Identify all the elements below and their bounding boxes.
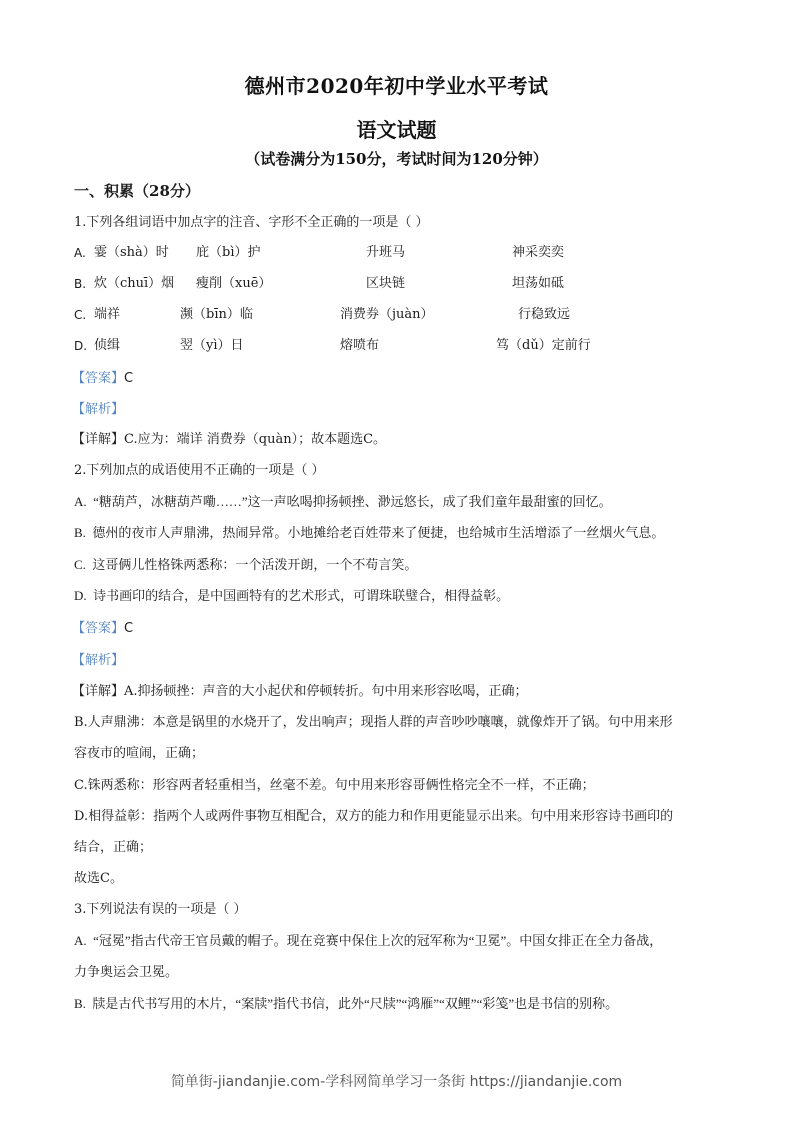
option-text: 诗书画印的结合，是中国画特有的艺术形式，可谓珠联璧合，相得益彰。	[93, 588, 509, 603]
option-letter: A.	[74, 494, 87, 509]
option-item: 坦荡如砥	[512, 275, 564, 293]
option-item: 区块链	[366, 275, 405, 293]
q2-detail-line: C.铢两悉称：形容两者轻重相当，丝毫不差。句中用来形容哥俩性格完全不一样，不正确…	[74, 777, 595, 795]
detail-label: 【详解】	[72, 432, 124, 447]
q2-option-c: C. 这哥俩儿性格铢两悉称：一个活泼开朗，一个不苟言笑。	[74, 556, 417, 574]
answer-value: C	[124, 371, 133, 386]
option-item: 侦缉	[94, 337, 120, 355]
q2-stem: 2.下列加点的成语使用不正确的一项是（ ）	[74, 462, 325, 480]
option-text: 德州的夜市人声鼎沸，热闹异常。小地摊给老百姓带来了便捷，也给城市生活增添了一丝烟…	[92, 525, 664, 540]
option-item: 行稳致远	[518, 306, 570, 324]
answer-value: C	[124, 621, 133, 636]
option-letter: B.	[74, 275, 86, 293]
option-item: 消费券（juàn）	[340, 306, 434, 324]
option-letter: B.	[74, 996, 86, 1011]
exam-page: 德州市2020年初中学业水平考试 语文试题 （试卷满分为150分，考试时间为12…	[0, 0, 793, 1122]
option-item: 庇（bì）护	[196, 244, 260, 262]
q3-option-a-cont: 力争奥运会卫冕。	[74, 963, 178, 981]
option-item: 神采奕奕	[512, 244, 564, 262]
q3-option-b: B. 牍是古代书写用的木片，“案牍”指代书信，此外“尺牍”“鸿雁”“双鲤”“彩笺…	[74, 995, 618, 1013]
option-letter: B.	[74, 525, 86, 540]
option-letter: C.	[74, 557, 86, 572]
q1-stem: 1.下列各组词语中加点字的注音、字形不全正确的一项是（ ）	[74, 214, 429, 232]
q2-option-b: B. 德州的夜市人声鼎沸，热闹异常。小地摊给老百姓带来了便捷，也给城市生活增添了…	[74, 524, 664, 542]
option-letter: A.	[74, 933, 87, 948]
option-letter: A.	[74, 244, 86, 262]
option-item: 霎（shà）时	[94, 244, 169, 262]
q3-option-a: A. “冠冕”指古代帝王官员戴的帽子。现在竞赛中保住上次的冠军称为“卫冕”。中国…	[74, 932, 662, 950]
option-letter: D.	[74, 337, 87, 355]
detail-text: A.抑扬顿挫：声音的大小起伏和停顿转折。句中用来形容吆喝，正确；	[124, 684, 528, 699]
option-text: 这哥俩儿性格铢两悉称：一个活泼开朗，一个不苟言笑。	[92, 557, 417, 572]
option-item: 熔喷布	[340, 337, 379, 355]
option-item: 瘦削（xuē）	[196, 275, 271, 293]
q3-stem: 3.下列说法有误的一项是（ ）	[74, 901, 247, 919]
option-letter: D.	[74, 588, 87, 603]
option-item: 端祥	[94, 306, 120, 324]
option-item: 升班马	[366, 244, 405, 262]
option-item: 濒（bīn）临	[180, 306, 253, 324]
q2-detail-line: 结合，正确；	[74, 839, 152, 857]
option-item: 炊（chuī）烟	[94, 275, 174, 293]
option-text: 牍是古代书写用的木片，“案牍”指代书信，此外“尺牍”“鸿雁”“双鲤”“彩笺”也是…	[92, 996, 618, 1011]
q2-detail-line: 故选C。	[74, 870, 123, 888]
exam-title: 德州市2020年初中学业水平考试	[0, 70, 793, 99]
option-item: 笃（dǔ）定前行	[496, 337, 591, 355]
option-text: “糖葫芦，冰糖葫芦嘞……”这一声吆喝抑扬顿挫、渺远悠长，成了我们童年最甜蜜的回忆…	[93, 494, 612, 509]
q2-detail: 【详解】A.抑扬顿挫：声音的大小起伏和停顿转折。句中用来形容吆喝，正确；	[72, 683, 528, 701]
option-text: “冠冕”指古代帝王官员戴的帽子。现在竞赛中保住上次的冠军称为“卫冕”。中国女排正…	[93, 933, 662, 948]
q2-option-a: A. “糖葫芦，冰糖葫芦嘞……”这一声吆喝抑扬顿挫、渺远悠长，成了我们童年最甜蜜…	[74, 493, 612, 511]
answer-label: 【答案】	[72, 371, 124, 386]
answer-label: 【答案】	[72, 621, 124, 636]
footer-watermark: 简单街-jiandanjie.com-学科网简单学习一条街 https://ji…	[0, 1071, 793, 1091]
q1-answer: 【答案】C	[72, 370, 133, 388]
detail-text: C.应为：端详 消费券（quàn）；故本题选C。	[124, 432, 386, 447]
option-item: 翌（yì）日	[180, 337, 244, 355]
q1-detail: 【详解】C.应为：端详 消费券（quàn）；故本题选C。	[72, 431, 386, 449]
option-letter: C.	[74, 306, 86, 324]
q1-analysis-label: 【解析】	[72, 401, 124, 419]
q2-detail-line: D.相得益彰：指两个人或两件事物互相配合，双方的能力和作用更能显示出来。句中用来…	[74, 808, 673, 826]
exam-note: （试卷满分为150分，考试时间为120分钟）	[0, 148, 793, 169]
q2-option-d: D. 诗书画印的结合，是中国画特有的艺术形式，可谓珠联璧合，相得益彰。	[74, 587, 509, 605]
q2-analysis-label: 【解析】	[72, 652, 124, 670]
section-heading: 一、积累（28分）	[74, 182, 200, 200]
q2-detail-line: 容夜市的喧闹，正确；	[74, 745, 204, 763]
q2-answer: 【答案】C	[72, 620, 133, 638]
q2-detail-line: B.人声鼎沸：本意是锅里的水烧开了，发出响声；现指人群的声音吵吵嚷嚷，就像炸开了…	[74, 714, 673, 732]
detail-label: 【详解】	[72, 684, 124, 699]
exam-subtitle: 语文试题	[0, 114, 793, 143]
